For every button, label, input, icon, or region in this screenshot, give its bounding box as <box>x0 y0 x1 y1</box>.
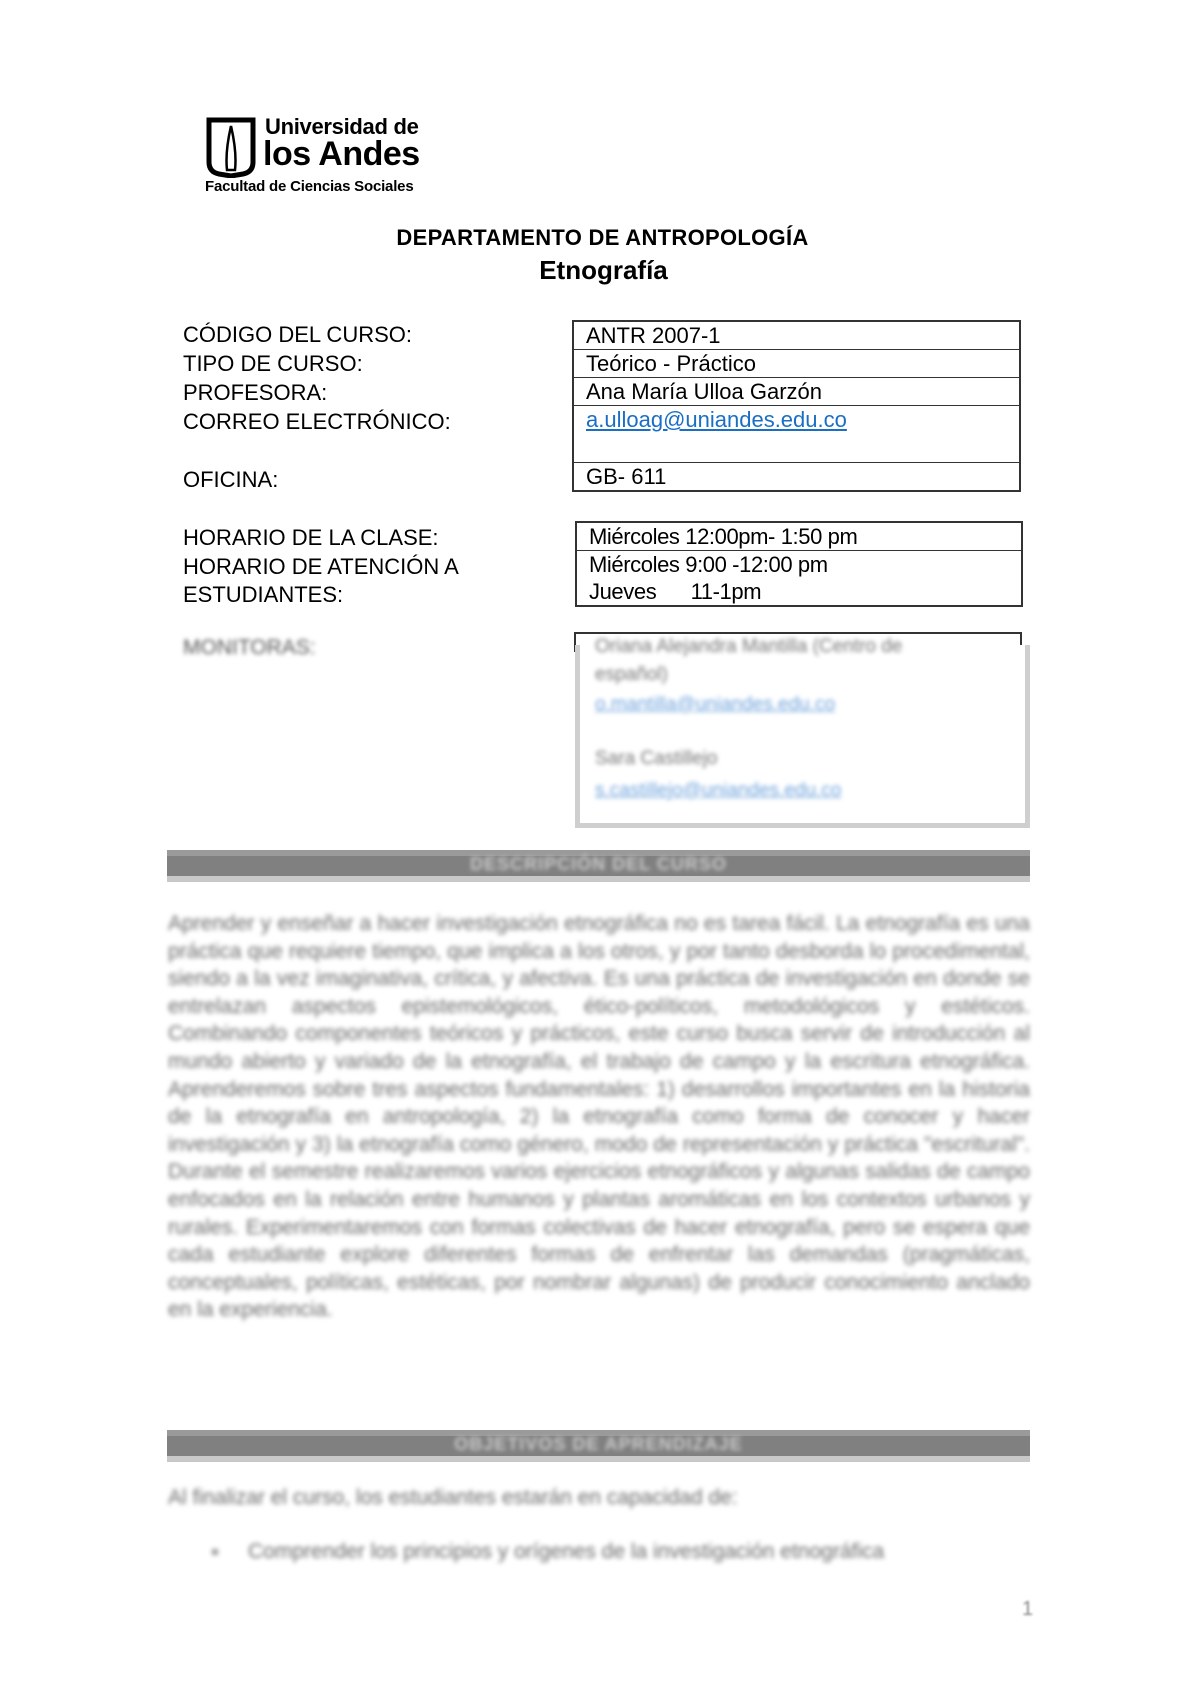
label-office-hours-cont: ESTUDIANTES: <box>183 580 343 609</box>
value-class-schedule: Miércoles 12:00pm- 1:50 pm <box>577 523 1021 551</box>
monitor-1-name-cont: español) <box>595 661 668 689</box>
department-heading: DEPARTAMENTO DE ANTROPOLOGÍA <box>0 225 1191 251</box>
objectives-intro: Al finalizar el curso, los estudiantes e… <box>168 1486 738 1510</box>
monitor-1-email-link[interactable]: o.mantilla@uniandes.edu.co <box>595 691 835 719</box>
objective-text: Comprender los principios y orígenes de … <box>248 1540 884 1563</box>
course-title-text: Etnografía <box>539 255 668 285</box>
value-course-type: Teórico - Práctico <box>574 350 1019 378</box>
label-course-code: CÓDIGO DEL CURSO: <box>183 320 412 349</box>
label-professor: PROFESORA: <box>183 378 327 407</box>
label-email: CORREO ELECTRÓNICO: <box>183 407 451 436</box>
professor-email-link[interactable]: a.ulloag@uniandes.edu.co <box>586 407 847 432</box>
monitors-box: Oriana Alejandra Mantilla (Centro de esp… <box>575 645 1030 828</box>
value-office-hours-1: Miércoles 9:00 -12:00 pm <box>577 551 1021 578</box>
monitor-1-name: Oriana Alejandra Mantilla (Centro de <box>595 633 902 661</box>
course-title: Etnografía <box>0 255 1191 286</box>
value-email-cell: a.ulloag@uniandes.edu.co <box>574 406 1019 463</box>
section-bar-description: DESCRIPCIÓN DEL CURSO <box>167 850 1030 882</box>
objective-item: Comprender los principios y orígenes de … <box>212 1540 884 1564</box>
shield-logo-icon <box>205 116 257 178</box>
value-course-code: ANTR 2007-1 <box>574 322 1019 350</box>
monitor-2-email-link[interactable]: s.castillejo@uniandes.edu.co <box>595 777 841 805</box>
logo-text-line2: los Andes <box>263 134 420 174</box>
section-title-objectives: OBJETIVOS DE APRENDIZAJE <box>167 1434 1030 1455</box>
page-number: 1 <box>1022 1598 1033 1621</box>
schedule-table: Miércoles 12:00pm- 1:50 pm Miércoles 9:0… <box>575 521 1023 607</box>
value-office: GB- 611 <box>574 463 1019 490</box>
label-course-type: TIPO DE CURSO: <box>183 349 363 378</box>
section-title-description: DESCRIPCIÓN DEL CURSO <box>167 854 1030 875</box>
value-office-hours-2: Jueves 11-1pm <box>577 578 1021 605</box>
value-professor: Ana María Ulloa Garzón <box>574 378 1019 406</box>
course-description-paragraph: Aprender y enseñar a hacer investigación… <box>168 910 1030 1324</box>
course-info-table: ANTR 2007-1 Teórico - Práctico Ana María… <box>572 320 1021 492</box>
label-class-schedule: HORARIO DE LA CLASE: <box>183 523 439 552</box>
monitor-2-name: Sara Castillejo <box>595 745 718 773</box>
label-monitors: MONITORAS: <box>183 636 316 660</box>
section-bar-objectives: OBJETIVOS DE APRENDIZAJE <box>167 1430 1030 1462</box>
university-logo: Universidad de los Andes Facultad de Cie… <box>205 114 435 196</box>
bullet-icon <box>212 1549 218 1555</box>
department-name: DEPARTAMENTO DE ANTROPOLOGÍA <box>396 225 808 250</box>
logo-text-faculty: Facultad de Ciencias Sociales <box>205 178 413 195</box>
label-office-hours: HORARIO DE ATENCIÓN A <box>183 552 459 581</box>
label-office: OFICINA: <box>183 465 278 494</box>
